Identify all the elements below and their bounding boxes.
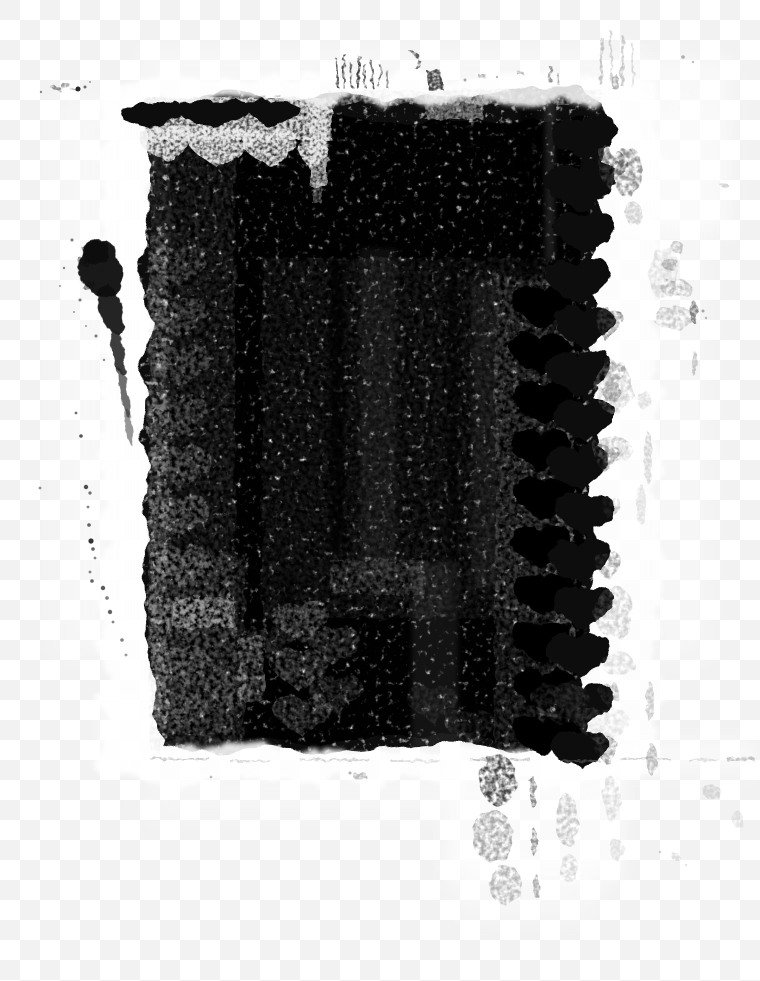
smudge-mark — [533, 874, 539, 898]
speck-dot — [89, 571, 92, 574]
speck-dot — [125, 654, 128, 657]
stroke-mark — [688, 759, 718, 761]
brush-streak — [330, 238, 344, 553]
speck-dot — [79, 299, 82, 302]
stroke-mark — [61, 83, 69, 88]
smudge-mark — [603, 778, 621, 822]
smudge-mark — [602, 652, 634, 676]
smudge-mark — [720, 183, 728, 187]
speck-dot — [108, 610, 112, 614]
speck-dot — [90, 579, 94, 583]
speck-dot — [79, 434, 83, 438]
speck-dot — [692, 61, 695, 64]
brush-streak — [360, 248, 396, 578]
stroke-mark — [612, 76, 619, 89]
smudge-mark — [473, 810, 513, 862]
stroke-mark — [726, 757, 754, 761]
speck-dot — [659, 851, 661, 853]
smudge-mark — [489, 864, 521, 904]
speck-dot — [496, 76, 498, 78]
speck-dot — [105, 596, 109, 600]
speck-dot — [101, 586, 105, 590]
speck-dot — [681, 55, 685, 59]
stroke-mark — [560, 760, 600, 762]
speck-dot — [705, 317, 707, 319]
smudge-mark — [531, 828, 537, 856]
stencil-band — [328, 90, 602, 104]
wash-patch — [58, 95, 120, 655]
speck-dot — [85, 325, 87, 327]
stroke-mark — [226, 96, 236, 98]
smudge-mark — [560, 854, 578, 882]
speck-dot — [103, 359, 105, 361]
texture-patch — [313, 182, 322, 204]
speck-dot — [84, 86, 87, 89]
smudge-mark — [603, 381, 621, 403]
speck-dot — [464, 79, 467, 82]
smudge-mark — [644, 432, 652, 484]
stroke-mark — [620, 758, 670, 760]
smudge-mark — [594, 586, 634, 638]
smudge-mark — [598, 145, 610, 161]
transparent-png-preview — [0, 0, 760, 981]
speck-dot — [120, 638, 124, 642]
smudge-mark — [637, 391, 651, 409]
speck-dot — [84, 485, 88, 489]
speck-dot — [39, 487, 42, 490]
smudge-mark — [646, 682, 654, 722]
wash-patch — [455, 852, 600, 914]
grunge-heart-frame-artwork — [0, 0, 760, 981]
speck-dot — [91, 547, 95, 551]
smudge-mark — [672, 853, 680, 861]
speck-dot — [75, 412, 78, 415]
smudge-mark — [610, 839, 624, 861]
smudge-mark — [556, 794, 578, 846]
speck-dot — [94, 557, 97, 560]
speck-dot — [702, 310, 705, 313]
stroke-mark — [254, 96, 266, 98]
stroke-mark — [50, 84, 61, 90]
smudge-mark — [530, 776, 536, 808]
brush-streak — [472, 278, 498, 588]
speck-dot — [71, 239, 74, 242]
stroke-mark — [150, 758, 210, 760]
speck-dot — [59, 285, 61, 287]
speck-dot — [112, 621, 115, 624]
stroke-mark — [230, 760, 270, 762]
smudge-mark — [661, 279, 691, 297]
smudge-mark — [703, 785, 721, 799]
stroke-mark — [364, 64, 366, 88]
smudge-mark — [592, 436, 632, 464]
stroke-mark — [470, 758, 530, 761]
speck-dot — [349, 772, 352, 775]
speck-dot — [95, 335, 98, 338]
stroke-mark — [518, 72, 524, 76]
brush-streak — [520, 95, 536, 280]
stroke-mark — [390, 760, 440, 762]
smudge-mark — [732, 812, 744, 828]
speck-dot — [73, 311, 75, 313]
smudge-mark — [625, 203, 643, 225]
speck-dot — [40, 91, 42, 93]
speck-dot — [76, 87, 81, 92]
smudge-mark — [353, 772, 367, 780]
speck-dot — [89, 81, 91, 83]
speck-dot — [87, 523, 91, 527]
stroke-mark — [272, 95, 281, 97]
speck-dot — [88, 491, 91, 494]
smudge-mark — [671, 241, 683, 253]
smudge-mark — [662, 258, 678, 270]
speck-dot — [685, 864, 687, 866]
speck-dot — [63, 267, 65, 269]
stroke-mark — [427, 69, 443, 91]
speck-dot — [87, 506, 90, 509]
smudge-mark — [653, 307, 695, 329]
smudge-mark — [690, 301, 698, 323]
speck-dot — [88, 538, 93, 543]
stroke-mark — [240, 95, 248, 97]
wash-patch — [652, 100, 708, 660]
smudge-mark — [636, 484, 646, 524]
speck-dot — [210, 776, 213, 779]
smudge-mark — [692, 351, 698, 377]
stroke-mark — [300, 759, 370, 761]
